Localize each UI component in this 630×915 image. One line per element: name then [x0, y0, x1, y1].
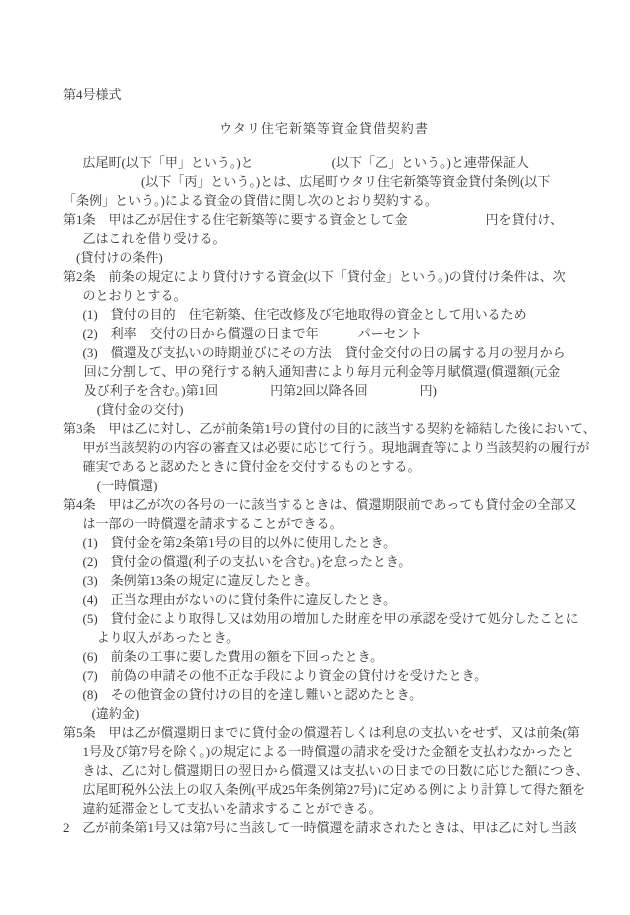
document-line: 違約延滞金として支払いを請求することができる。 [63, 799, 585, 818]
document-title: ウタリ住宅新築等資金貸借契約書 [63, 119, 585, 138]
document-line: (1) 貸付金を第2条第1号の目的以外に使用したとき。 [63, 533, 585, 552]
document-line: きは、乙に対し償還期日の翌日から償還又は支払いの日までの日数に応じた額につき、 [63, 761, 585, 780]
document-line: (以下「丙」という。)とは、広尾町ウタリ住宅新築等資金貸付条例(以下 [63, 172, 585, 191]
document-line: (貸付けの条件) [63, 248, 585, 267]
document-line: (違約金) [63, 704, 585, 723]
document-line: は一部の一時償還を請求することができる。 [63, 514, 585, 533]
document-line: 乙はこれを借り受ける。 [63, 229, 585, 248]
document-line: 第2条 前条の規定により貸付けする資金(以下「貸付金」という。)の貸付け条件は、… [63, 267, 585, 286]
document-line: のとおりとする。 [63, 286, 585, 305]
document-line: 確実であると認めたときに貸付金を交付するものとする。 [63, 457, 585, 476]
document-body: 広尾町(以下「甲」という。)と (以下「乙」という。)と連帯保証人(以下「丙」と… [63, 153, 585, 837]
document-line: (2) 利率 交付の日から償還の日まで年 パーセント [63, 324, 585, 343]
document-line: 及び利子を含む。)第1回 円第2回以降各回 円) [63, 381, 585, 400]
document-line: 第4条 甲は乙が次の各号の一に該当するときは、償還期限前であっても貸付金の全部又 [63, 495, 585, 514]
document-line: 広尾町税外公法上の収入条例(平成25年条例第27号)に定める例により計算して得た… [63, 780, 585, 799]
document-line: 1号及び第7号を除く。)の規定による一時償還の請求を受けた金額を支払わなかったと [63, 742, 585, 761]
document-line: 回に分割して、甲の発行する納入通知書により毎月元利金等月賦償還(償還額(元金 [63, 362, 585, 381]
document-line: 甲が当該契約の内容の審査又は必要に応じて行う。現地調査等により当該契約の履行が [63, 438, 585, 457]
document-line: (6) 前条の工事に要した費用の額を下回ったとき。 [63, 647, 585, 666]
document-line: 第3条 甲は乙に対し、乙が前条第1号の貸付の目的に該当する契約を締結した後におい… [63, 419, 585, 438]
document-line: (2) 貸付金の償還(利子の支払いを含む。)を怠ったとき。 [63, 552, 585, 571]
document-line: より収入があったとき。 [63, 628, 585, 647]
document-line: 広尾町(以下「甲」という。)と (以下「乙」という。)と連帯保証人 [63, 153, 585, 172]
document-line: 第5条 甲は乙が償還期日までに貸付金の償還若しくは利息の支払いをせず、又は前条(… [63, 723, 585, 742]
document-line: (1) 貸付の目的 住宅新築、住宅改修及び宅地取得の資金として用いるため [63, 305, 585, 324]
document-page: 第4号様式 ウタリ住宅新築等資金貸借契約書 広尾町(以下「甲」という。)と (以… [0, 0, 630, 915]
document-line: (一時償還) [63, 476, 585, 495]
document-line: (貸付金の交付) [63, 400, 585, 419]
document-line: (3) 償還及び支払いの時期並びにその方法 貸付金交付の日の属する月の翌月から [63, 343, 585, 362]
document-line: 「条例」という。)による資金の貸借に関し次のとおり契約する。 [63, 191, 585, 210]
document-line: (7) 前偽の申請その他不正な手段により資金の貸付けを受けたとき。 [63, 666, 585, 685]
document-line: 2 乙が前条第1号又は第7号に当該して一時償還を請求されたときは、甲は乙に対し当… [63, 818, 585, 837]
form-number: 第4号様式 [63, 85, 585, 104]
document-line: (4) 正当な理由がないのに貸付条件に違反したとき。 [63, 590, 585, 609]
document-line: 第1条 甲は乙が居住する住宅新築等に要する資金として金 円を貸付け、 [63, 210, 585, 229]
document-line: (3) 条例第13条の規定に違反したとき。 [63, 571, 585, 590]
document-line: (5) 貸付金により取得し又は効用の増加した財産を甲の承認を受けて処分したことに [63, 609, 585, 628]
document-line: (8) その他資金の貸付けの目的を達し難いと認めたとき。 [63, 685, 585, 704]
